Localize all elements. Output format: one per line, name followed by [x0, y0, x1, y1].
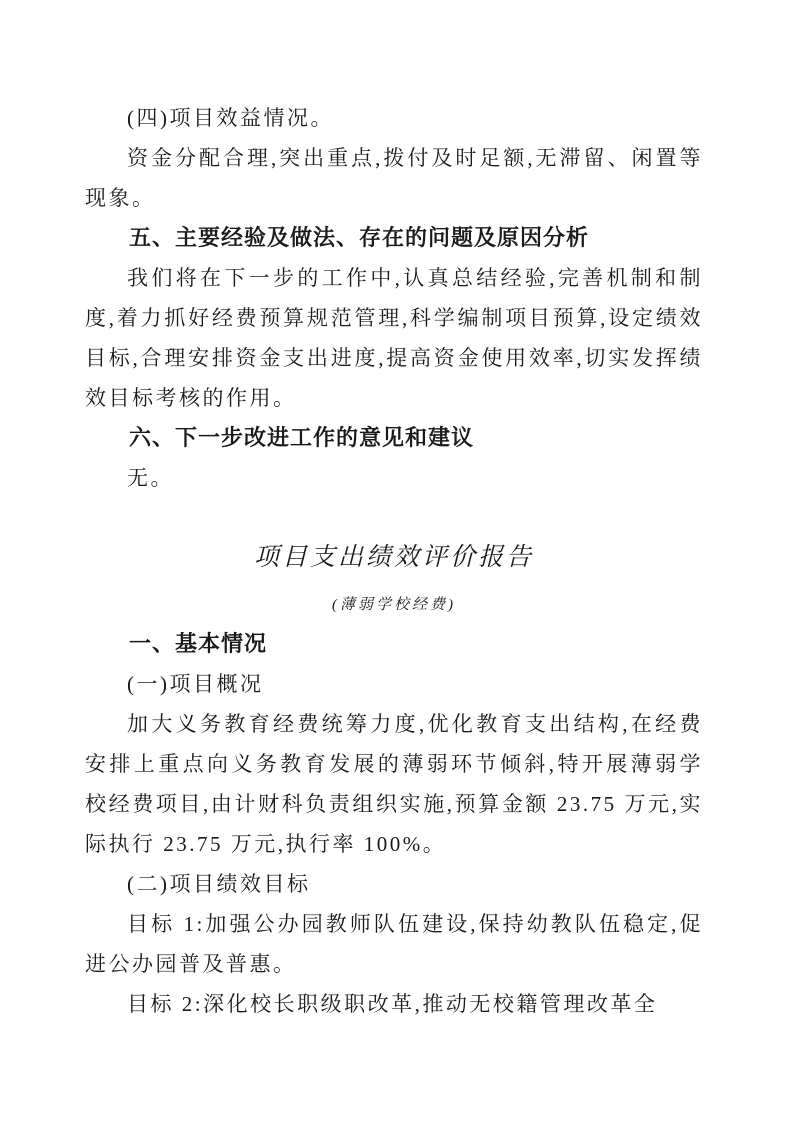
para-sub1-project-overview-title: (一)项目概况 — [85, 664, 703, 704]
heading-section5-experience: 五、主要经验及做法、存在的问题及原因分析 — [85, 218, 703, 258]
document-page: (四)项目效益情况。 资金分配合理,突出重点,拨付及时足额,无滞留、闲置等现象。… — [0, 0, 793, 1122]
para-sub2-performance-goals-title: (二)项目绩效目标 — [85, 864, 703, 904]
para-section4-benefit-title: (四)项目效益情况。 — [85, 98, 703, 138]
heading-section1-basic: 一、基本情况 — [85, 624, 703, 664]
report-subtitle: (薄弱学校经费) — [85, 590, 703, 620]
para-next-step-plan: 我们将在下一步的工作中,认真总结经验,完善机制和制度,着力抓好经费预算规范管理,… — [85, 258, 703, 418]
para-fund-allocation: 资金分配合理,突出重点,拨付及时足额,无滞留、闲置等现象。 — [85, 138, 703, 218]
para-none: 无。 — [85, 458, 703, 498]
heading-section6-suggestions: 六、下一步改进工作的意见和建议 — [85, 418, 703, 458]
para-project-description: 加大义务教育经费统筹力度,优化教育支出结构,在经费安排上重点向义务教育发展的薄弱… — [85, 704, 703, 864]
report-title: 项目支出绩效评价报告 — [85, 538, 703, 578]
para-goal-1: 目标 1:加强公办园教师队伍建设,保持幼教队伍稳定,促进公办园普及普惠。 — [85, 904, 703, 984]
para-goal-2: 目标 2:深化校长职级职改革,推动无校籍管理改革全 — [85, 984, 703, 1024]
